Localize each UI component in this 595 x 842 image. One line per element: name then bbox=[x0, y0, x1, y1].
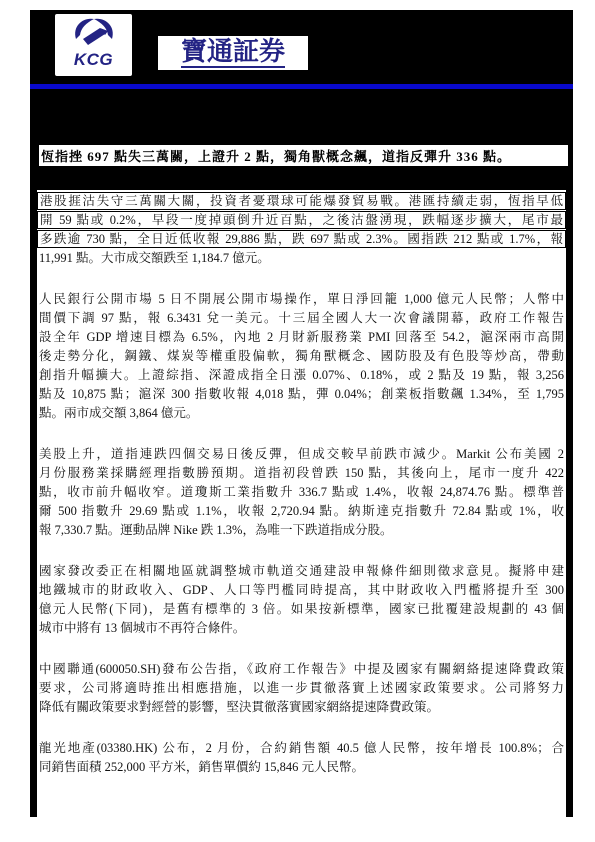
article-body: 港股捱沽失守三萬關大關，投資者憂環球可能爆發貿易戰。港匯持續走弱，恆指早低開 5… bbox=[37, 190, 566, 817]
body-text-line: 點，收市前升幅收窄。道瓊斯工業指數升 336.7 點或 1.4%，收報 24,8… bbox=[37, 483, 566, 502]
body-text-line: 設全年 GDP 增速目標為 6.5%，內地 2 月財新服務業 PMI 回落至 5… bbox=[37, 328, 566, 347]
headline-banner: 恆指挫 697 點失三萬關，上證升 2 點，獨角獸概念飆，道指反彈升 336 點… bbox=[39, 145, 568, 166]
body-text-line: 龍光地產(03380.HK) 公布，2 月份，合約銷售額 40.5 億人民幣，按… bbox=[37, 739, 566, 758]
body-text-line: 地鐵城市的財政收入、GDP、人口等門檻同時提高，其中財政收入門檻將提升至 300 bbox=[37, 581, 566, 600]
body-text-line: 月份服務業採購經理指數勝預期。道指初段曾跌 150 點，其後向上，尾市一度升 4… bbox=[37, 464, 566, 483]
body-text-line: 多跌逾 730 點，全日近低收報 29,886 點，跌 697 點或 2.3%。… bbox=[37, 230, 566, 248]
body-text-line: 報 7,330.7 點。運動品牌 Nike 跌 1.3%，為唯一下跌道指成分股。 bbox=[37, 521, 566, 540]
body-text-line: 國家發改委正在相關地區就調整城市軌道交通建設申報條件細則徵求意見。擬將申建 bbox=[37, 562, 566, 581]
body-text-line: 後走勢分化，鋼鐵、煤炭等權重股偏軟，獨角獸概念、國防股及有色股等炒高，帶動 bbox=[37, 347, 566, 366]
paragraph: 港股捱沽失守三萬關大關，投資者憂環球可能爆發貿易戰。港匯持續走弱，恆指早低開 5… bbox=[37, 192, 566, 268]
headline-text: 恆指挫 697 點失三萬關，上證升 2 點，獨角獸概念飆，道指反彈升 336 點… bbox=[39, 146, 568, 165]
paragraph: 中國聯通(600050.SH)發布公告指，《政府工作報告》中提及國家有關網絡提速… bbox=[37, 660, 566, 717]
body-text-line: 創指升幅擴大。上證綜指、深證成指全日漲 0.07%、0.18%，或 2 點及 1… bbox=[37, 366, 566, 385]
body-text-line: 港股捱沽失守三萬關大關，投資者憂環球可能爆發貿易戰。港匯持續走弱，恆指早低 bbox=[37, 192, 566, 210]
paragraph: 國家發改委正在相關地區就調整城市軌道交通建設申報條件細則徵求意見。擬將申建地鐵城… bbox=[37, 562, 566, 638]
body-text-line: 11,991 點。大市成交額跌至 1,184.7 億元。 bbox=[37, 249, 566, 268]
paragraph: 龍光地產(03380.HK) 公布，2 月份，合約銷售額 40.5 億人民幣，按… bbox=[37, 739, 566, 777]
blue-divider-line bbox=[30, 84, 573, 89]
brand-title-box: 寶通証券 bbox=[158, 36, 308, 70]
body-text-line: 間價下調 97 點，報 6.3431 兌一美元。十三屆全國人大一次會議開幕，政府… bbox=[37, 309, 566, 328]
body-text-line: 美股上升，道指連跌四個交易日後反彈，但成交較早前跌市減少。Markit 公布美國… bbox=[37, 445, 566, 464]
body-text-line: 開 59 點或 0.2%，早段一度掉頭倒升近百點，之後沽盤湧現，跌幅逐步擴大，尾… bbox=[37, 211, 566, 229]
body-text-line: 人民銀行公開市場 5 日不開展公開市場操作，單日淨回籠 1,000 億元人民幣；… bbox=[37, 290, 566, 309]
paragraph: 美股上升，道指連跌四個交易日後反彈，但成交較早前跌市減少。Markit 公布美國… bbox=[37, 445, 566, 540]
brand-title: 寶通証券 bbox=[181, 38, 285, 68]
body-text-line: 要求，公司將適時推出相應措施，以進一步貫徹落實上述國家政策要求。公司將努力 bbox=[37, 679, 566, 698]
body-text-line: 同銷售面積 252,000 平方米，銷售單價約 15,846 元人民幣。 bbox=[37, 758, 566, 777]
kcg-logo-box: KCG bbox=[55, 14, 132, 76]
body-text-line: 點。兩市成交額 3,864 億元。 bbox=[37, 404, 566, 423]
body-text-line: 億元人民幣(下同)，是舊有標準的 3 倍。如果按新標準，國家已批覆建設規劃的 4… bbox=[37, 600, 566, 619]
body-text-line: 中國聯通(600050.SH)發布公告指，《政府工作報告》中提及國家有關網絡提速… bbox=[37, 660, 566, 679]
paragraph: 人民銀行公開市場 5 日不開展公開市場操作，單日淨回籠 1,000 億元人民幣；… bbox=[37, 290, 566, 423]
kcg-logo-text: KCG bbox=[74, 51, 113, 69]
body-text-line: 降低有關政策要求對經營的影響，堅決貫徹落實國家網絡提速降費政策。 bbox=[37, 698, 566, 717]
body-text-line: 點及 10,875 點；滬深 300 指數收報 4,018 點，彈 0.04%；… bbox=[37, 385, 566, 404]
kcg-swan-logo-icon bbox=[70, 17, 118, 51]
body-text-line: 城市中將有 13 個城市不再符合條件。 bbox=[37, 619, 566, 638]
document-page: KCG 寶通証券 恆指挫 697 點失三萬關，上證升 2 點，獨角獸概念飆，道指… bbox=[0, 0, 595, 842]
body-text-line: 爾 500 指數升 29.69 點或 1.1%，收報 2,720.94 點。納斯… bbox=[37, 502, 566, 521]
